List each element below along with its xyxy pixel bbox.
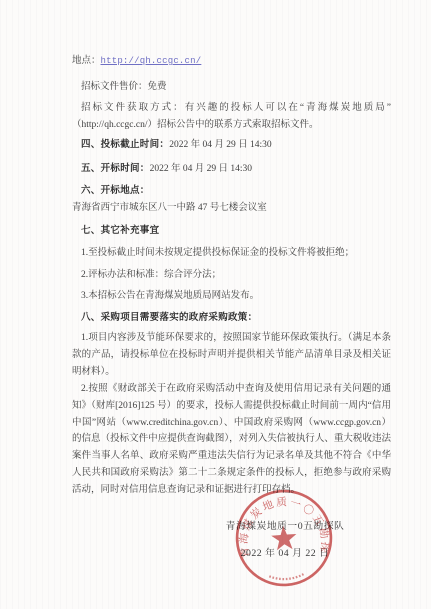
document-page: 地点：http://qh.ccgc.cn/ 招标文件售价：免费 招标文件获取方式… <box>0 0 431 609</box>
section-7-item-2: 2.评标办法和标准：综合评分法； <box>72 267 391 284</box>
tender-doc-price-line: 招标文件售价：免费 <box>72 79 391 96</box>
official-seal-stamp: 青海煤炭地质一〇五勘探队 <box>230 484 339 593</box>
location-label: 地点： <box>72 56 101 66</box>
section-8-title: 八、采购项目需要落实的政府采购政策： <box>72 310 391 327</box>
section-4-bid-deadline: 四、投标截止时间：2022 年 04 月 29 日 14:30 <box>72 137 391 154</box>
stamp-code-marks <box>269 574 304 580</box>
stamp-graphic: 青海煤炭地质一〇五勘探队 <box>230 484 339 593</box>
section-5-title: 五、开标时间： <box>81 164 150 174</box>
section-5-opening-time: 五、开标时间：2022 年 04 月 29 日 14:30 <box>72 161 391 178</box>
stamp-arc-text: 青海煤炭地质一〇五勘探队 <box>230 484 333 563</box>
section-4-value: 2022 年 04 月 29 日 14:30 <box>169 140 271 150</box>
section-6-address: 青海省西宁市城东区八一中路 47 号七楼会议室 <box>72 200 391 217</box>
section-7-item-3: 3.本招标公告在青海煤炭地质局网站发布。 <box>72 288 391 305</box>
section-8-item-1: 1.项目内容涉及节能环保要求的，按照国家节能环保政策执行。（满足本条款的产品，请… <box>72 330 391 380</box>
section-4-title: 四、投标截止时间： <box>81 140 169 150</box>
section-6-title: 六、开标地点： <box>72 183 391 200</box>
stamp-star-icon <box>271 525 298 551</box>
section-7-item-1: 1.至投标截止时间未按规定提供投标保证金的投标文件将被拒绝； <box>72 245 391 262</box>
section-5-value: 2022 年 04 月 29 日 14:30 <box>150 164 252 174</box>
obtain-method-paragraph: 招标文件获取方式：有兴趣的投标人可以在“青海煤炭地质局”（http://qh.c… <box>72 100 391 134</box>
stamp-arc-text-container: 青海煤炭地质一〇五勘探队 <box>230 484 333 563</box>
location-line: 地点：http://qh.ccgc.cn/ <box>72 53 391 70</box>
location-url-link[interactable]: http://qh.ccgc.cn/ <box>101 56 202 66</box>
section-8-item-2: 2.按照《财政部关于在政府采购活动中查询及使用信用记录有关问题的通知》（财库[2… <box>72 381 391 499</box>
section-7-title: 七、其它补充事宜 <box>72 223 391 240</box>
